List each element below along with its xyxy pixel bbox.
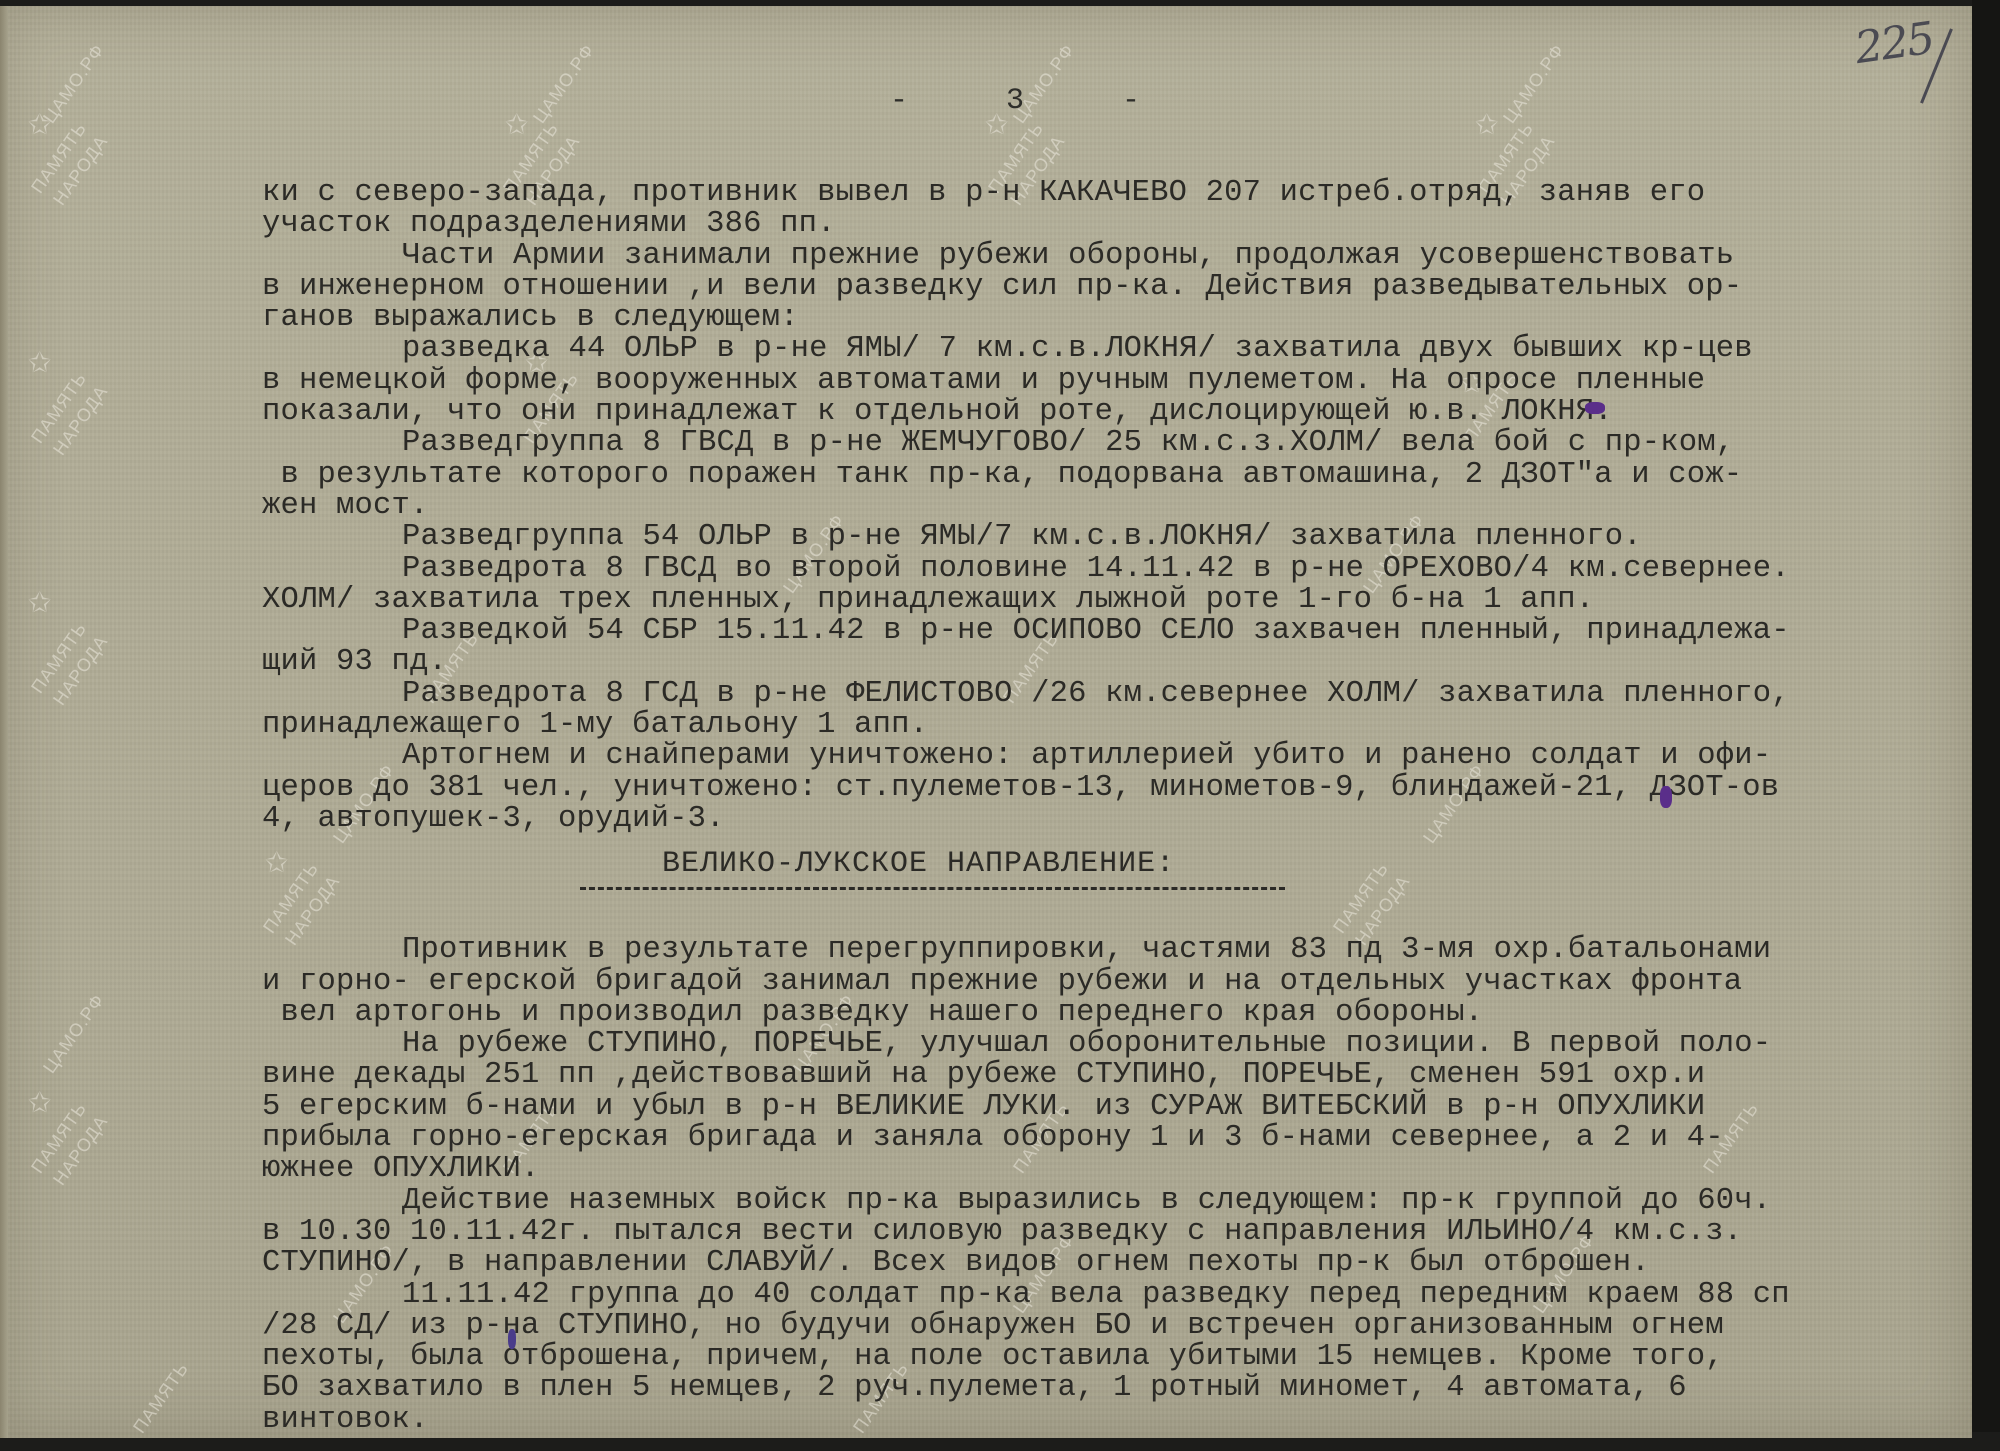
document-body: ки с северо-запада, противник вывел в р-… — [262, 178, 1962, 1436]
text-line: ки с северо-запада, противник вывел в р-… — [262, 178, 1962, 209]
text-line: ХОЛМ/ захватила трех пленных, принадлежа… — [262, 585, 1962, 616]
text-line: щий 93 пд. — [262, 647, 1962, 678]
text-line: Разведкой 54 СБР 15.11.42 в р-не ОСИПОВО… — [262, 616, 1962, 647]
text-line: церов до 381 чел., уничтожено: ст.пулеме… — [262, 773, 1962, 804]
text-line: Артогнем и снайперами уничтожено: артилл… — [262, 741, 1962, 772]
watermark-project: НАРОДА — [50, 132, 111, 208]
watermark-project: НАРОДА — [50, 632, 111, 708]
watermark-archive: ЦАМО.РФ — [530, 41, 597, 127]
text-line: вел артогонь и производил разведку нашег… — [262, 998, 1962, 1029]
text-line: На рубеже СТУПИНО, ПОРЕЧЬЕ, улучшал обор… — [262, 1029, 1962, 1060]
watermark-project: НАРОДА — [50, 382, 111, 458]
text-line: Действие наземных войск пр-ка выразились… — [262, 1186, 1962, 1217]
heading-underline — [580, 887, 1285, 890]
spacer — [262, 895, 1962, 935]
text-line: разведка 44 ОЛЬР в р-не ЯМЫ/ 7 км.с.в.ЛО… — [262, 334, 1962, 365]
ink-correction-mark — [1660, 786, 1672, 808]
text-line: принадлежащего 1-му батальону 1 апп. — [262, 710, 1962, 741]
text-line: Разведгруппа 8 ГВСД в р-не ЖЕМЧУГОВО/ 25… — [262, 428, 1962, 459]
text-line: Разведгруппа 54 ОЛЬР в р-не ЯМЫ/7 км.с.в… — [262, 522, 1962, 553]
text-line: БО захватило в плен 5 немцев, 2 руч.пуле… — [262, 1373, 1962, 1404]
text-line: в инженерном отношении ,и вели разведку … — [262, 272, 1962, 303]
text-line: в 10.30 10.11.42г. пытался вести силовую… — [262, 1217, 1962, 1248]
watermark-project: ПАМЯТЬ — [28, 119, 90, 196]
section-heading-block: ВЕЛИКО-ЛУКСКОЕ НАПРАВЛЕНИЕ: — [262, 835, 1962, 895]
text-line: участок подразделениями 386 пп. — [262, 209, 1962, 240]
star-icon: ✩ — [28, 1086, 51, 1119]
star-icon: ✩ — [28, 346, 51, 379]
star-icon: ✩ — [505, 108, 528, 141]
text-line: вине декады 251 пп ,действовавший на руб… — [262, 1060, 1962, 1091]
watermark-project: ПАМЯТЬ — [28, 619, 90, 696]
text-line: 5 егерским б-нами и убыл в р-н ВЕЛИКИЕ Л… — [262, 1092, 1962, 1123]
text-line: ганов выражались в следующем: — [262, 303, 1962, 334]
text-line: в результате которого поражен танк пр-ка… — [262, 460, 1962, 491]
section-body-part1: ки с северо-запада, противник вывел в р-… — [262, 178, 1962, 835]
text-line: /28 СД/ из р-на СТУПИНО, но будучи обнар… — [262, 1311, 1962, 1342]
text-line: Противник в результате перегруппировки, … — [262, 935, 1962, 966]
scan-border — [1972, 0, 2000, 1432]
text-line: 11.11.42 группа до 40 солдат пр-ка вела … — [262, 1280, 1962, 1311]
text-line: Разведрота 8 ГВСД во второй половине 14.… — [262, 554, 1962, 585]
text-line: показали, что они принадлежат к отдельно… — [262, 397, 1962, 428]
watermark-project: ПАМЯТЬ — [28, 1099, 90, 1176]
section-heading: ВЕЛИКО-ЛУКСКОЕ НАПРАВЛЕНИЕ: — [662, 849, 1175, 880]
text-line: жен мост. — [262, 491, 1962, 522]
watermark-project: ПАМЯТЬ — [130, 1359, 192, 1436]
text-line: и горно- егерской бригадой занимал прежн… — [262, 967, 1962, 998]
folio-number: 225 — [1852, 13, 1936, 74]
text-line: прибыла горно-егерская бригада и заняла … — [262, 1123, 1962, 1154]
star-icon: ✩ — [28, 108, 51, 141]
ink-correction-mark — [1585, 402, 1605, 414]
text-line: в немецкой форме, вооруженных автоматами… — [262, 366, 1962, 397]
text-line: СТУПИНО/, в направлении СЛАВУЙ/. Всех ви… — [262, 1248, 1962, 1279]
star-icon: ✩ — [28, 586, 51, 619]
text-line: южнее ОПУХЛИКИ. — [262, 1154, 1962, 1185]
page-edge — [0, 6, 8, 1438]
watermark-project: ПАМЯТЬ — [28, 369, 90, 446]
section-body-part2: Противник в результате перегруппировки, … — [262, 935, 1962, 1436]
text-line: Разведрота 8 ГСД в р-не ФЕЛИСТОВО /26 км… — [262, 679, 1962, 710]
document-page: ЦАМО.РФ ЦАМО.РФ ЦАМО.РФ ЦАМО.РФ ✩ ПАМЯТЬ… — [0, 6, 1972, 1438]
text-line: винтовок. — [262, 1405, 1962, 1436]
text-line: пехоты, была отброшена, причем, на поле … — [262, 1342, 1962, 1373]
watermark-project: НАРОДА — [50, 1112, 111, 1188]
text-line: 4, автопушек-3, орудий-3. — [262, 804, 1962, 835]
star-icon: ✩ — [1475, 108, 1498, 141]
text-line: Части Армии занимали прежние рубежи обор… — [262, 241, 1962, 272]
ink-correction-mark — [508, 1329, 516, 1349]
watermark-archive: ЦАМО.РФ — [40, 41, 107, 127]
page-number: - 3 - — [890, 84, 1180, 118]
watermark-archive: ЦАМО.РФ — [1500, 41, 1567, 127]
watermark-archive: ЦАМО.РФ — [40, 991, 107, 1077]
